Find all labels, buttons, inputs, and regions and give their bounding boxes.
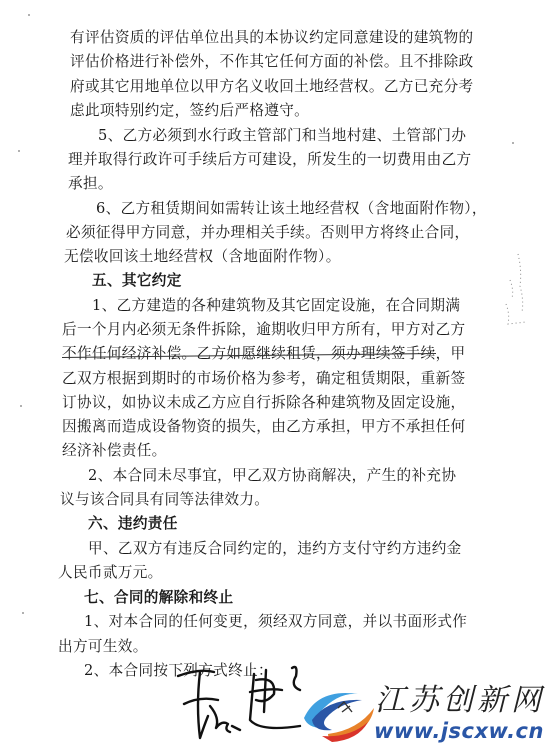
text-line: 1、乙方建造的各种建筑物及其它固定设施，在合同期满 bbox=[92, 296, 460, 316]
margin-scribble-mark bbox=[500, 250, 534, 330]
text-line: 甲、乙双方有违反合同约定的，违约方支付守约方违约金 bbox=[88, 539, 462, 559]
struck-text: 不作任何经济补偿。乙方如愿继续租赁，须办理续签手续 bbox=[62, 344, 436, 364]
text-line: 1、对本合同的任何变更，须经双方同意，并以书面形式作 bbox=[84, 612, 467, 632]
scan-speck bbox=[512, 142, 514, 144]
section-heading: 七、合同的解除和终止 bbox=[84, 588, 233, 608]
text-line: 必须征得甲方同意，并办理相关手续。否则甲方将终止合同， bbox=[66, 223, 469, 243]
text-line: 评估价格进行补偿外，不作其它任何方面的补偿。且不排除政 bbox=[70, 52, 473, 72]
text-line: 因搬离而造成设备物资的损失，由乙方承担，甲方不承担任何 bbox=[62, 417, 465, 437]
text-line: 议与该合同具有同等法律效力。 bbox=[60, 490, 269, 510]
text-line: 经济补偿责任。 bbox=[62, 441, 167, 461]
section-heading: 五、其它约定 bbox=[92, 271, 182, 291]
text-line: 乙双方根据到期时的市场价格为参考，确定租赁期限，重新签 bbox=[62, 369, 465, 389]
text-line: 理并取得行政许可手续后方可建设，所发生的一切费用由乙方 bbox=[68, 150, 471, 170]
text-line: 人民币贰万元。 bbox=[58, 563, 163, 583]
scan-speck bbox=[28, 14, 30, 16]
struck-through-clause: 不作任何经济补偿。乙方如愿继续租赁，须办理续签手续，甲 bbox=[62, 344, 466, 364]
text-line: 府或其它用地单位以甲方名义收回土地经营权。乙方已充分考 bbox=[70, 77, 473, 97]
text-line: 出方可生效。 bbox=[58, 637, 148, 657]
scan-speck bbox=[20, 405, 22, 407]
scan-speck bbox=[22, 612, 24, 614]
section-heading: 六、违约责任 bbox=[88, 514, 178, 534]
text-line: 承担。 bbox=[68, 174, 113, 194]
text-line: 虑此项特别约定，签约后严格遵守。 bbox=[70, 101, 309, 121]
text-line: 订协议，如协议未成乙方应自行拆除各种建筑物及固定设施， bbox=[62, 393, 465, 413]
scan-speck bbox=[18, 150, 20, 152]
text-line: 6、乙方租赁期间如需转让该土地经营权（含地面附作物）， bbox=[96, 199, 487, 219]
clause-continuation: ，甲 bbox=[436, 345, 466, 362]
text-line: 5、乙方必须到水行政主管部门和当地村建、土管部门办 bbox=[98, 126, 466, 146]
text-line: 有评估资质的评估单位出具的本协议约定同意建设的建筑物的 bbox=[70, 28, 473, 48]
text-line: 2、本合同未尽事宜，甲乙双方协商解决，产生的补充协 bbox=[88, 466, 456, 486]
watermark-site-name: 江苏创新网 bbox=[375, 684, 545, 718]
jscxw-logo-icon bbox=[298, 678, 378, 742]
text-line: 后一个月内必须无条件拆除，逾期收归甲方所有，甲方对乙方 bbox=[62, 320, 465, 340]
watermark-site-url[interactable]: www.jscxw.cn bbox=[374, 719, 544, 743]
text-line: 无偿收回该土地经营权（含地面附作物）。 bbox=[64, 247, 341, 267]
scanned-contract-page: 有评估资质的评估单位出具的本协议约定同意建设的建筑物的评估价格进行补偿外，不作其… bbox=[0, 0, 550, 746]
